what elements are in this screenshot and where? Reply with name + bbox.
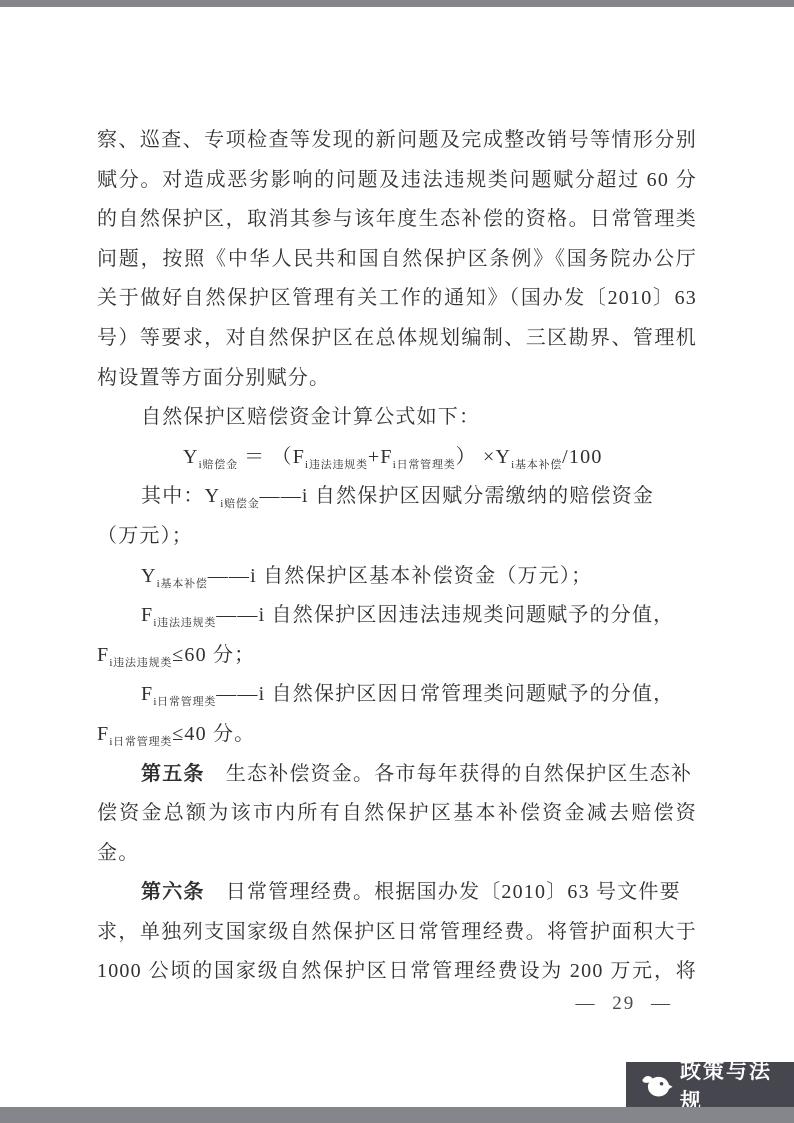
text-line: Fi日常管理类——i 自然保护区因日常管理类问题赋予的分值， <box>97 675 697 715</box>
brand-badge: 政策与法规 <box>626 1062 794 1107</box>
text-line: 偿资金总额为该市内所有自然保护区基本补偿资金减去赔偿资 <box>97 794 697 834</box>
page-number: — 29 — <box>576 993 673 1015</box>
text-line: 号）等要求，对自然保护区在总体规划编制、三区勘界、管理机 <box>97 319 697 359</box>
text-line: 第五条 生态补偿资金。各市每年获得的自然保护区生态补 <box>97 755 697 795</box>
bird-icon <box>639 1071 673 1099</box>
text-line: 察、巡查、专项检查等发现的新问题及完成整改销号等情形分别 <box>97 121 697 161</box>
text-line: Yi基本补偿——i 自然保护区基本补偿资金（万元）； <box>97 557 697 597</box>
text-line: 的自然保护区，取消其参与该年度生态补偿的资格。日常管理类 <box>97 200 697 240</box>
formula-line: Yi赔偿金 ＝ （Fi违法违规类+Fi日常管理类） ×Yi基本补偿/100 <box>97 438 697 478</box>
top-border-strip <box>0 0 794 7</box>
text-line: 关于做好自然保护区管理有关工作的通知》（国办发〔2010〕63 <box>97 279 697 319</box>
document-body: 察、巡查、专项检查等发现的新问题及完成整改销号等情形分别赋分。对造成恶劣影响的问… <box>97 121 697 992</box>
text-line: Fi违法违规类——i 自然保护区因违法违规类问题赋予的分值， <box>97 596 697 636</box>
text-line: （万元）； <box>97 517 697 557</box>
text-line: Fi违法违规类≤60 分； <box>97 636 697 676</box>
text-line: 自然保护区赔偿资金计算公式如下： <box>97 398 697 438</box>
text-line: 其中：Yi赔偿金——i 自然保护区因赋分需缴纳的赔偿资金 <box>97 477 697 517</box>
text-line: 赋分。对造成恶劣影响的问题及违法违规类问题赋分超过 60 分 <box>97 161 697 201</box>
brand-label: 政策与法规 <box>680 1055 794 1115</box>
text-line: Fi日常管理类≤40 分。 <box>97 715 697 755</box>
text-line: 构设置等方面分别赋分。 <box>97 359 697 399</box>
bottom-border-strip <box>0 1107 794 1123</box>
text-line: 金。 <box>97 834 697 874</box>
text-line: 问题，按照《中华人民共和国自然保护区条例》《国务院办公厅 <box>97 240 697 280</box>
text-line: 1000 公顷的国家级自然保护区日常管理经费设为 200 万元，将 <box>97 952 697 992</box>
text-line: 第六条 日常管理经费。根据国办发〔2010〕63 号文件要 <box>97 873 697 913</box>
text-line: 求，单独列支国家级自然保护区日常管理经费。将管护面积大于 <box>97 913 697 953</box>
